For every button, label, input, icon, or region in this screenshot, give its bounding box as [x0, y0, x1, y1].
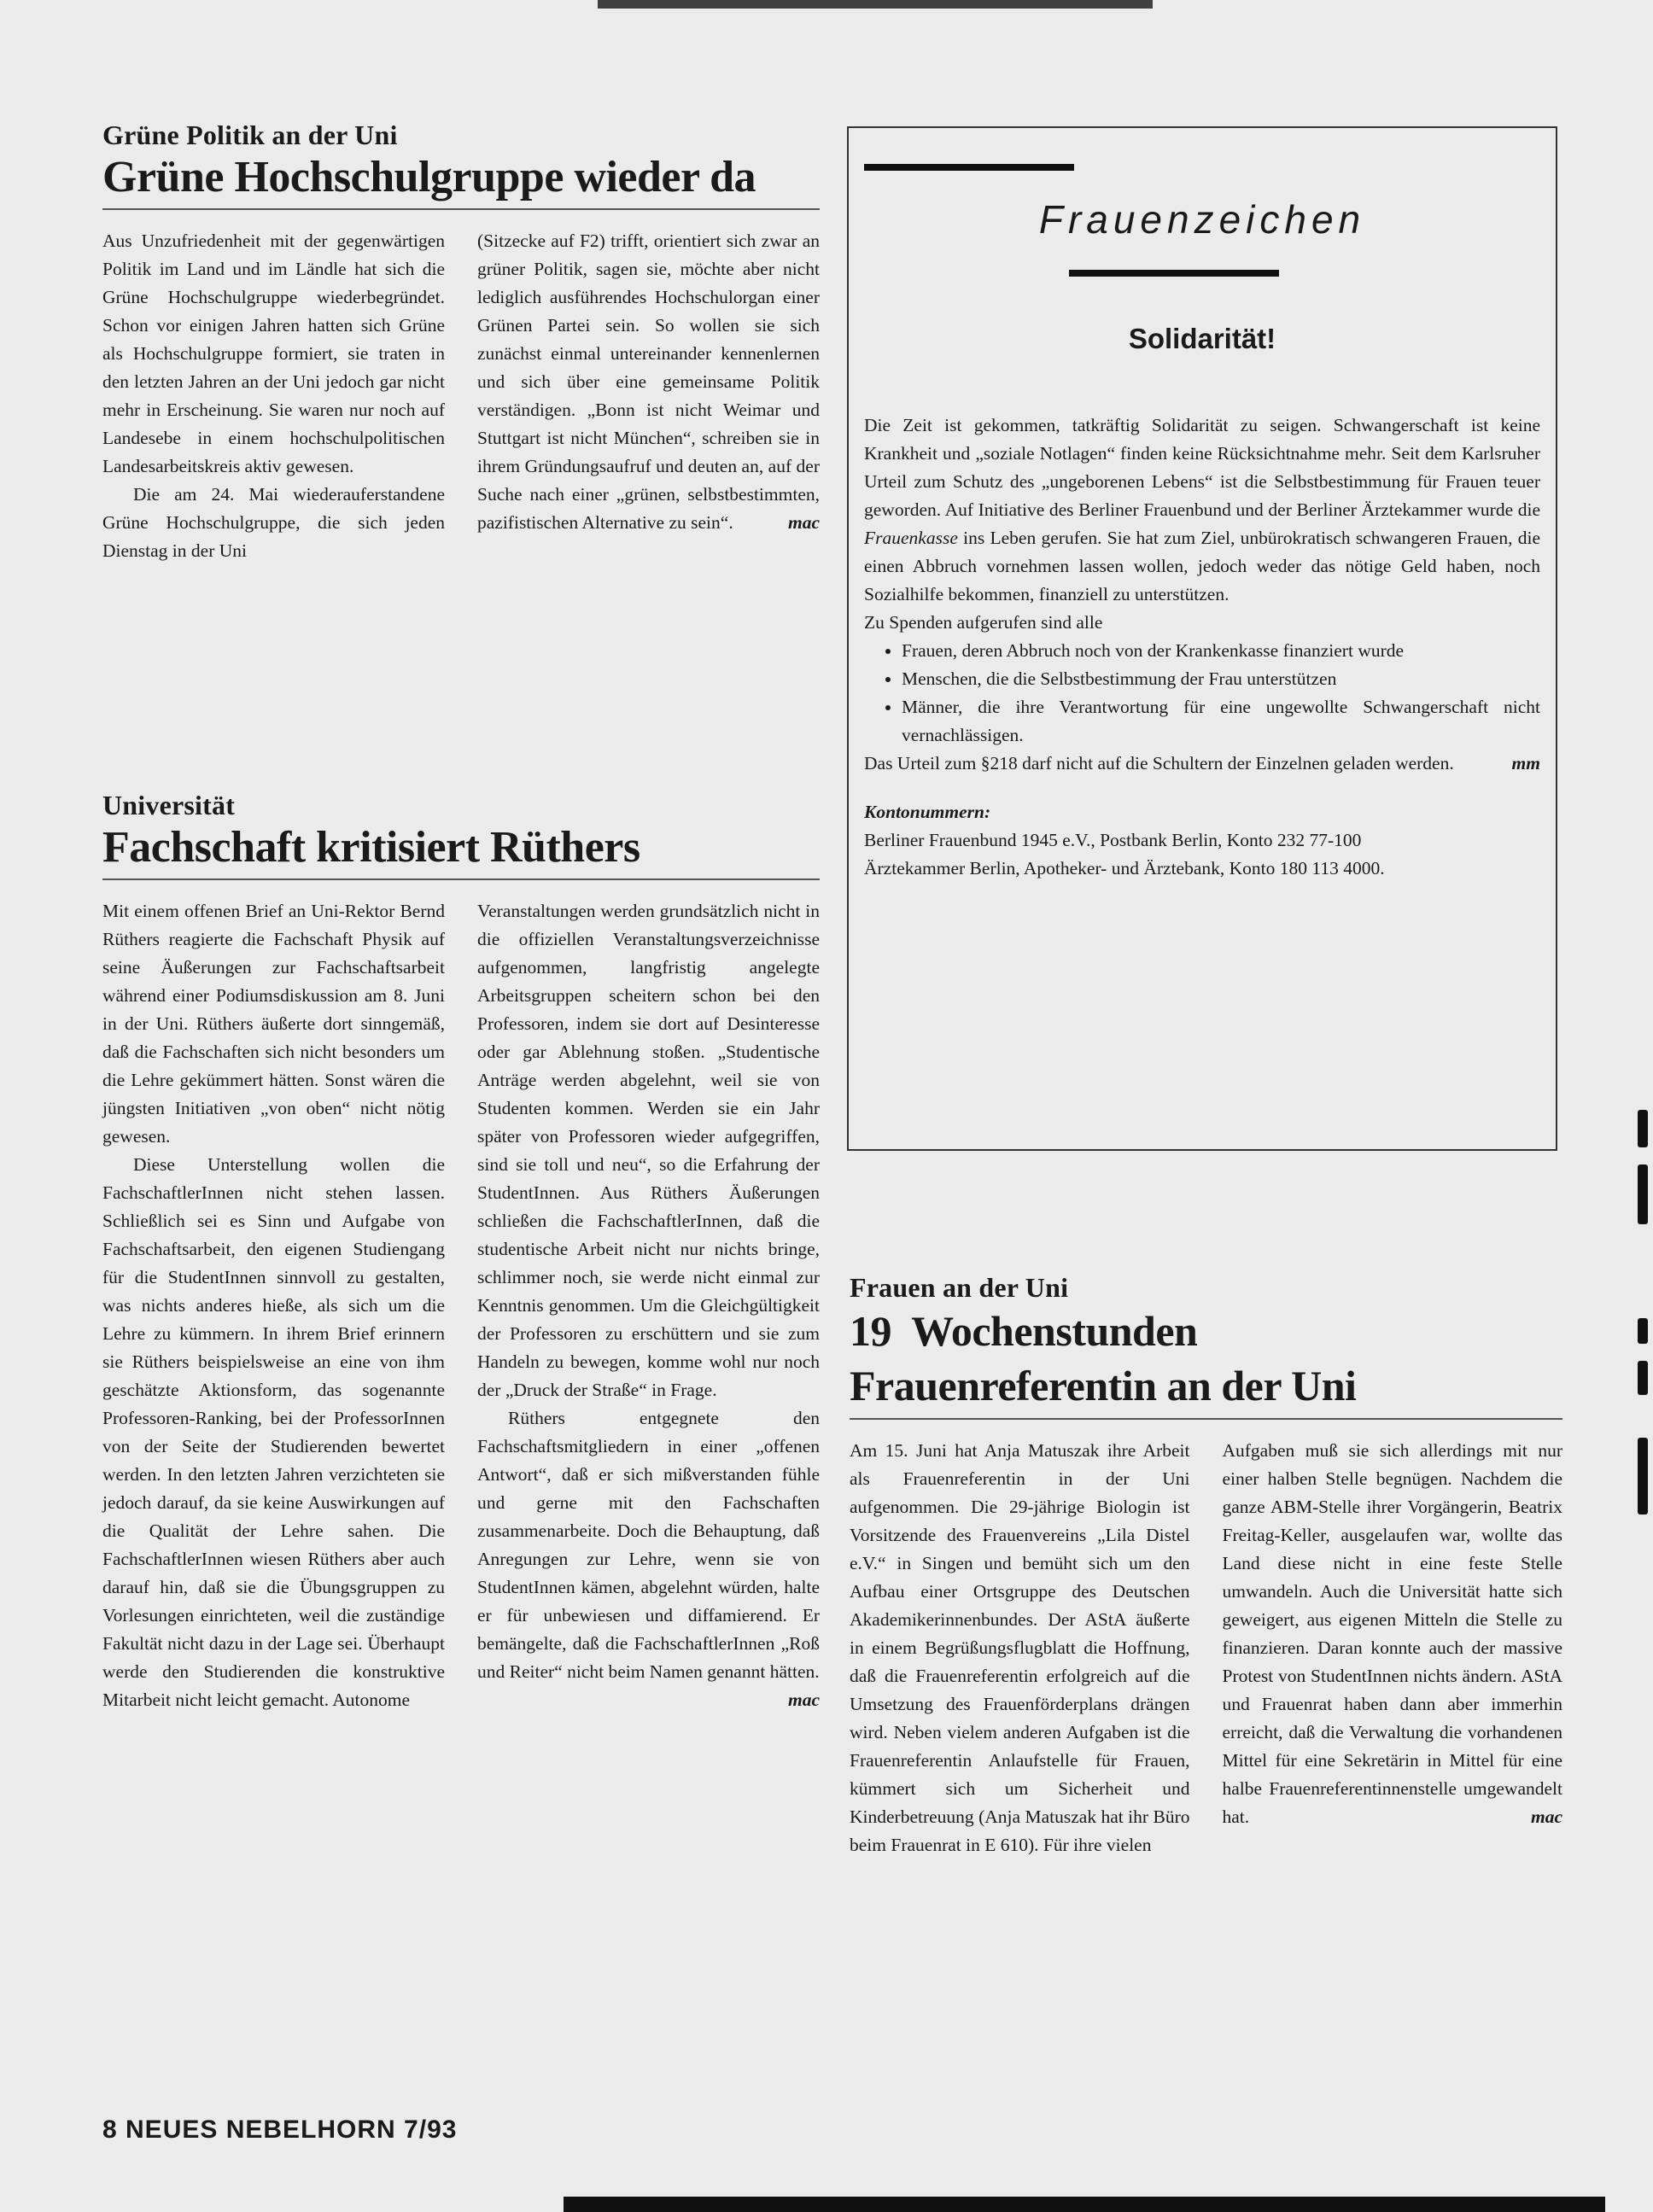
headline-rule	[850, 1418, 1562, 1420]
paragraph: Aus Unzufriedenheit mit der gegenwärtige…	[102, 227, 445, 481]
donor-list: Frauen, deren Abbruch noch von der Krank…	[864, 637, 1540, 750]
article-column-2: (Sitzecke auf F2) trifft, orientiert sic…	[477, 227, 820, 565]
headline-rule	[102, 208, 820, 210]
edge-marks	[1638, 1110, 1653, 1588]
article-column-2: Aufgaben muß sie sich allerdings mit nur…	[1223, 1437, 1563, 1859]
article-headline: Fachschaft kritisiert Rüthers	[102, 821, 820, 873]
decorative-rule	[1069, 270, 1279, 277]
paragraph: Veranstaltungen werden grundsätzlich nic…	[477, 897, 820, 1404]
box-call: Zu Spenden aufgerufen sind alle	[864, 609, 1540, 637]
paragraph: Am 15. Juni hat Anja Matuszak ihre Arbei…	[850, 1437, 1190, 1859]
paragraph: Diese Unterstellung wollen die Fachschaf…	[102, 1151, 445, 1714]
article-kicker: Grüne Politik an der Uni	[102, 120, 820, 151]
account-line: Berliner Frauenbund 1945 e.V., Postbank …	[864, 826, 1540, 855]
accounts-label: Kontonummern:	[864, 798, 1540, 826]
list-item: Menschen, die die Selbstbestimmung der F…	[902, 665, 1540, 693]
list-item: Frauen, deren Abbruch noch von der Krank…	[902, 637, 1540, 665]
box-title: Frauenzeichen	[849, 196, 1556, 242]
article-kicker: Frauen an der Uni	[850, 1272, 1562, 1304]
paragraph: Rüthers entgegnete den Fachschaftsmitgli…	[477, 1404, 820, 1686]
paragraph: Die am 24. Mai wiederauferstandene Grüne…	[102, 481, 445, 565]
article-column-1: Aus Unzufriedenheit mit der gegenwärtige…	[102, 227, 445, 565]
account-line: Ärztekammer Berlin, Apotheker- und Ärzte…	[864, 855, 1540, 883]
author-signature: mm	[1512, 750, 1540, 778]
headline-rule	[102, 878, 820, 880]
box-subtitle: Solidarität!	[849, 323, 1556, 355]
article-headline: Grüne Hochschulgruppe wieder da	[102, 151, 820, 203]
bottom-edge-bar	[564, 2197, 1605, 2212]
article-column-1: Am 15. Juni hat Anja Matuszak ihre Arbei…	[850, 1437, 1190, 1859]
author-signature: mac	[757, 1686, 820, 1714]
decorative-rule	[864, 164, 1074, 171]
author-signature: mac	[1531, 1803, 1562, 1831]
article-gruene-hochschulgruppe: Grüne Politik an der Uni Grüne Hochschul…	[102, 120, 820, 565]
article-column-2: Veranstaltungen werden grundsätzlich nic…	[477, 897, 820, 1714]
box-closing: Das Urteil zum §218 darf nicht auf die S…	[864, 750, 1540, 778]
emphasis-frauenkasse: Frauenkasse	[864, 528, 958, 548]
list-item: Männer, die ihre Verantwortung für eine …	[902, 693, 1540, 750]
article-fachschaft-ruethers: Universität Fachschaft kritisiert Rüther…	[102, 790, 820, 1714]
paragraph: (Sitzecke auf F2) trifft, orientiert sic…	[477, 227, 820, 537]
page-footer: 8 NEUES NEBELHORN 7/93	[102, 2116, 457, 2145]
paragraph: Mit einem offenen Brief an Uni-Rektor Be…	[102, 897, 445, 1151]
article-kicker: Universität	[102, 790, 820, 821]
top-edge-bar	[598, 0, 1153, 9]
frauenzeichen-box: Frauenzeichen Solidarität! Die Zeit ist …	[847, 126, 1557, 1151]
box-intro: Die Zeit ist gekommen, tatkräftig Solida…	[864, 411, 1540, 609]
article-headline: 19 Wochenstunden Frauenreferentin an der…	[850, 1304, 1562, 1413]
paragraph: Aufgaben muß sie sich allerdings mit nur…	[1223, 1437, 1563, 1831]
author-signature: mac	[788, 509, 820, 537]
article-frauenreferentin: Frauen an der Uni 19 Wochenstunden Fraue…	[850, 1272, 1562, 1859]
article-column-1: Mit einem offenen Brief an Uni-Rektor Be…	[102, 897, 445, 1714]
